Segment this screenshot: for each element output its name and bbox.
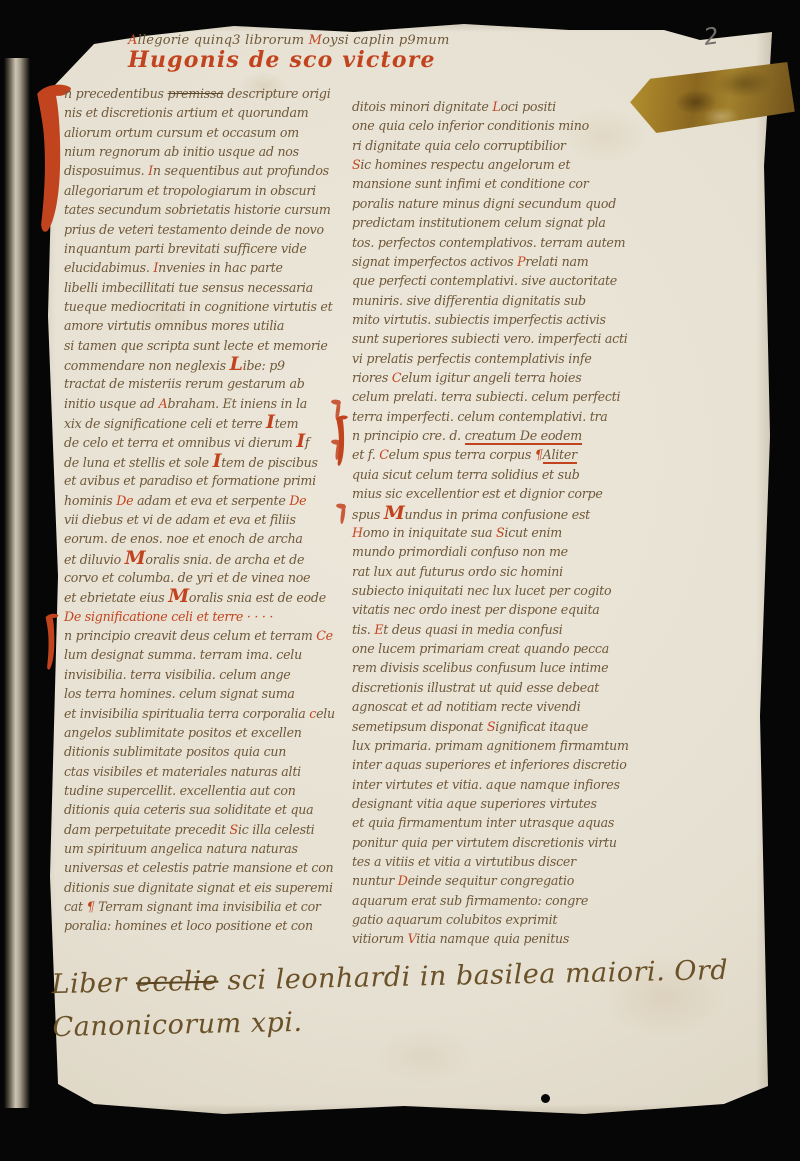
- manuscript-text-line: allegoriarum et tropologiarum in obscuri: [64, 181, 356, 200]
- manuscript-text-line: los terra homines. celum signat suma: [64, 684, 356, 703]
- manuscript-text-line: tueque mediocritati in cognitione virtut…: [64, 297, 356, 316]
- manuscript-text-line: commendare non neglexis Libe: p9: [64, 355, 356, 374]
- manuscript-text-line: tes a vitiis et vitia a virtutibus disce…: [352, 852, 650, 871]
- manuscript-text-line: inquantum parti brevitati sufficere vide: [64, 239, 356, 258]
- manuscript-text-line: mito virtutis. subiectis imperfectis act…: [352, 310, 650, 329]
- manuscript-text-line: elucidabimus. Invenies in hac parte: [64, 258, 356, 277]
- manuscript-text-line: de luna et stellis et sole Item de pisci…: [64, 452, 356, 471]
- manuscript-text-line: inter virtutes et vitia. aque namque inf…: [352, 775, 650, 794]
- manuscript-text-line: vii diebus et vi de adam et eva et filii…: [64, 510, 356, 529]
- manuscript-text-line: de celo et terra et omnibus vi dierum If: [64, 432, 356, 451]
- text-column-right: ditois minori dignitate Loci positione q…: [352, 97, 650, 949]
- binding-fragment: [26, 10, 42, 21]
- manuscript-text-line: semetipsum disponat Significat itaque: [352, 717, 650, 736]
- manuscript-text-line: rem divisis scelibus confusum luce intim…: [352, 658, 650, 677]
- manuscript-text-line: spus Mundus in prima confusione est: [352, 504, 650, 523]
- manuscript-text-line: n principio cre. d. creatum De eodem: [352, 426, 650, 445]
- manuscript-text-line: lum designat summa. terram ima. celu: [64, 645, 356, 664]
- manuscript-text-line: tates secundum sobrietatis historie curs…: [64, 200, 356, 219]
- manuscript-text-line: ditionis sublimitate positos quia cun: [64, 742, 356, 761]
- manuscript-text-line: vitiorum Vitia namque quia penitus: [352, 929, 650, 948]
- manuscript-text-line: mansione sunt infimi et conditione cor: [352, 174, 650, 193]
- manuscript-text-line: n principio creavit deus celum et terram…: [64, 626, 356, 645]
- manuscript-text-line: terra imperfecti. celum contemplativi. t…: [352, 407, 650, 426]
- manuscript-text-line: tos. perfectos contemplativos. terram au…: [352, 233, 650, 252]
- manuscript-text-line: discretionis illustrat ut quid esse debe…: [352, 678, 650, 697]
- manuscript-text-line: aquarum erat sub firmamento: congre: [352, 891, 650, 910]
- folio-number: 2: [702, 23, 720, 51]
- manuscript-text-line: tis. Et deus quasi in media confusi: [352, 620, 650, 639]
- manuscript-text-line: poralia: homines et loco positione et co…: [64, 916, 356, 935]
- manuscript-text-line: ditois minori dignitate Loci positi: [352, 97, 650, 116]
- manuscript-text-line: angelos sublimitate positos et excellen: [64, 723, 356, 742]
- manuscript-text-line: eorum. de enos. noe et enoch de archa: [64, 529, 356, 548]
- manuscript-text-line: Homo in iniquitate sua Sicut enim: [352, 523, 650, 542]
- manuscript-text-line: tractat de misteriis rerum gestarum ab: [64, 374, 356, 393]
- manuscript-text-line: signat imperfectos activos Prelati nam: [352, 252, 650, 271]
- manuscript-text-line: ctas visibiles et materiales naturas alt…: [64, 762, 356, 781]
- manuscript-text-line: one lucem primariam creat quando pecca: [352, 639, 650, 658]
- manuscript-text-line: riores Celum igitur angeli terra hoies: [352, 368, 650, 387]
- manuscript-text-line: ri dignitate quia celo corruptibilior: [352, 136, 650, 155]
- marginal-initial-i-icon: [38, 612, 66, 672]
- manuscript-text-line: ditionis quia ceteris sua soliditate et …: [64, 800, 356, 819]
- manuscript-text-line: cat ¶ Terram signant ima invisibilia et …: [64, 897, 356, 916]
- manuscript-text-line: quia sicut celum terra solidius et sub: [352, 465, 650, 484]
- manuscript-text-line: designant vitia aque superiores virtutes: [352, 794, 650, 813]
- manuscript-text-line: De significatione celi et terre · · · ·: [64, 607, 356, 626]
- manuscript-text-line: subiecto iniquitati nec lux lucet per co…: [352, 581, 650, 600]
- manuscript-text-line: initio usque ad Abraham. Et iniens in la: [64, 394, 356, 413]
- manuscript-text-line: vi prelatis perfectis contemplativis inf…: [352, 349, 650, 368]
- manuscript-text-line: predictam institutionem celum signat pla: [352, 213, 650, 232]
- manuscript-text-line: nium regnorum ab initio usque ad nos: [64, 142, 356, 161]
- manuscript-text-line: xix de significatione celi et terre Item: [64, 413, 356, 432]
- manuscript-text-line: prius de veteri testamento deinde de nov…: [64, 220, 356, 239]
- manuscript-text-line: vitatis nec ordo inest per dispone equit…: [352, 600, 650, 619]
- manuscript-text-line: tudine supercellit. excellentia aut con: [64, 781, 356, 800]
- manuscript-text-line: Sic homines respectu angelorum et: [352, 155, 650, 174]
- manuscript-text-line: libelli imbecillitati tue sensus necessa…: [64, 278, 356, 297]
- manuscript-text-line: celum prelati. terra subiecti. celum per…: [352, 387, 650, 406]
- ex-libris-inscription: Liber ecclie sci leonhardi in basilea ma…: [51, 949, 729, 1049]
- manuscript-text-line: n precedentibus premissa descripture ori…: [64, 84, 356, 103]
- manuscript-text-line: et ebrietate eius Moralis snia est de eo…: [64, 587, 356, 606]
- manuscript-text-line: et quia firmamentum inter utrasque aquas: [352, 813, 650, 832]
- manuscript-text-line: amore virtutis omnibus mores utilia: [64, 316, 356, 335]
- manuscript-text-line: que perfecti contemplativi. sive auctori…: [352, 271, 650, 290]
- manuscript-text-line: sunt superiores subiecti vero. imperfect…: [352, 329, 650, 348]
- manuscript-text-line: et diluvio Moralis snia. de archa et de: [64, 549, 356, 568]
- manuscript-text-line: disposuimus. In sequentibus aut profundo…: [64, 161, 356, 180]
- manuscript-text-line: gatio aquarum colubitos exprimit: [352, 910, 650, 929]
- manuscript-text-line: et invisibilia spiritualia terra corpora…: [64, 704, 356, 723]
- manuscript-text-line: rat lux aut futurus ordo sic homini: [352, 562, 650, 581]
- manuscript-text-line: et f. Celum spus terra corpus ¶Aliter: [352, 445, 650, 464]
- manuscript-text-line: ditionis sue dignitate signat et eis sup…: [64, 878, 356, 897]
- wormhole-dot: [541, 1094, 550, 1103]
- manuscript-text-line: mundo primordiali confuso non me: [352, 542, 650, 561]
- manuscript-text-line: invisibilia. terra visibilia. celum ange: [64, 665, 356, 684]
- manuscript-text-line: nuntur Deinde sequitur congregatio: [352, 871, 650, 890]
- manuscript-text-line: corvo et columba. de yri et de vinea noe: [64, 568, 356, 587]
- manuscript-text-line: dam perpetuitate precedit Sic illa celes…: [64, 820, 356, 839]
- manuscript-text-line: inter aquas superiores et inferiores dis…: [352, 755, 650, 774]
- manuscript-text-line: ponitur quia per virtutem discretionis v…: [352, 833, 650, 852]
- manuscript-text-line: nis et discretionis artium et quorundam: [64, 103, 356, 122]
- book-block-edges: [4, 58, 30, 1108]
- manuscript-text-line: poralis nature minus digni secundum quod: [352, 194, 650, 213]
- header-rubric-title: Hugonis de sco victore: [128, 47, 436, 73]
- manuscript-text-line: universas et celestis patrie mansione et…: [64, 858, 356, 877]
- manuscript-text-line: si tamen que scripta sunt lecte et memor…: [64, 336, 356, 355]
- manuscript-text-line: agnoscat et ad notitiam recte vivendi: [352, 697, 650, 716]
- manuscript-text-line: et avibus et paradiso et formatione prim…: [64, 471, 356, 490]
- text-column-left: n precedentibus premissa descripture ori…: [64, 84, 356, 936]
- manuscript-text-line: hominis De adam et eva et serpente De: [64, 491, 356, 510]
- manuscript-photo: Allegorie quinq3 librorum Moysi caplin p…: [0, 0, 800, 1161]
- manuscript-text-line: muniris. sive differentia dignitatis sub: [352, 291, 650, 310]
- manuscript-text-line: um spirituum angelica natura naturas: [64, 839, 356, 858]
- manuscript-text-line: aliorum ortum cursum et occasum om: [64, 123, 356, 142]
- manuscript-text-line: one quia celo inferior conditionis mino: [352, 116, 650, 135]
- manuscript-text-line: lux primaria. primam agnitionem firmamtu…: [352, 736, 650, 755]
